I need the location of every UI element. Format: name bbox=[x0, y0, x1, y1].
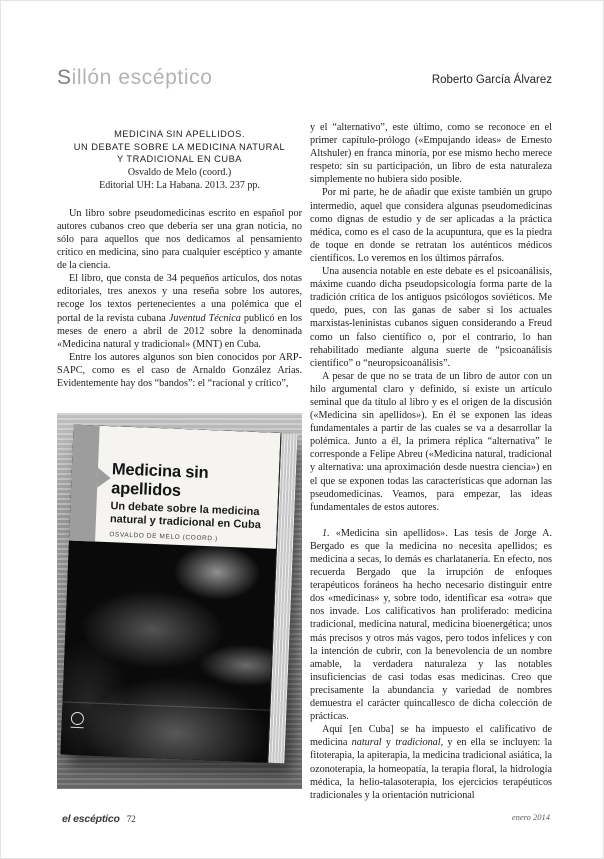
paragraph: 1. «Medicina sin apellidos». Las tesis d… bbox=[310, 527, 552, 723]
paragraph: A pesar de que no se trata de un libro d… bbox=[310, 370, 552, 514]
reviewed-book-heading: MEDICINA SIN APELLIDOS. UN DEBATE SOBRE … bbox=[57, 128, 302, 192]
left-column-text: Un libro sobre pseudomedicinas escrito e… bbox=[57, 207, 302, 390]
paragraph: Entre los autores algunos son bien conoc… bbox=[57, 351, 302, 390]
smoke-photo-area bbox=[60, 541, 275, 763]
right-column: y el “alternativo”, este último, como se… bbox=[310, 121, 552, 802]
paragraph: Aquí [en Cuba] se ha impuesto el calific… bbox=[310, 723, 552, 802]
paragraph: Una ausencia notable en este debate es e… bbox=[310, 265, 552, 370]
section-title: Sillón escéptico bbox=[57, 66, 213, 90]
issue-date: enero 2014 bbox=[512, 812, 550, 822]
cover-subtitle: Un debate sobre la medicina natural y tr… bbox=[110, 500, 270, 531]
book-cover-photo: Medicina sin apellidos Un debate sobre l… bbox=[57, 413, 302, 789]
book-title-line: Y TRADICIONAL EN CUBA bbox=[57, 153, 302, 166]
section-title-rest: illón escéptico bbox=[72, 66, 213, 89]
cover-title: Medicina sin apellidos bbox=[111, 460, 271, 504]
left-column: MEDICINA SIN APELLIDOS. UN DEBATE SOBRE … bbox=[57, 128, 302, 390]
cover-title-band: Medicina sin apellidos Un debate sobre l… bbox=[69, 425, 280, 549]
cover-text-block: Medicina sin apellidos Un debate sobre l… bbox=[109, 460, 271, 544]
author-byline: Roberto García Álvarez bbox=[432, 74, 552, 86]
paragraph: Por mi parte, he de añadir que existe ta… bbox=[310, 186, 552, 265]
book-editor: Osvaldo de Melo (coord.) bbox=[57, 166, 302, 179]
footer-left: el escéptico72 bbox=[62, 809, 136, 827]
section-title-initial: S bbox=[57, 66, 72, 89]
book-title-line: MEDICINA SIN APELLIDOS. bbox=[57, 128, 302, 141]
page-number: 72 bbox=[127, 814, 136, 824]
book-title-line: UN DEBATE SOBRE LA MEDICINA NATURAL bbox=[57, 141, 302, 154]
cover-arrow-shape bbox=[97, 468, 111, 489]
right-column-text: y el “alternativo”, este último, como se… bbox=[310, 121, 552, 802]
book-publisher: Editorial UH: La Habana. 2013. 237 pp. bbox=[57, 179, 302, 192]
book-object: Medicina sin apellidos Un debate sobre l… bbox=[60, 425, 297, 764]
magazine-logo: el escéptico bbox=[62, 813, 120, 825]
paragraph: El libro, que consta de 34 pequeños artí… bbox=[57, 272, 302, 351]
magazine-page: Sillón escéptico Roberto García Álvarez … bbox=[0, 0, 604, 859]
cover-spine-stripe bbox=[69, 425, 100, 542]
book-front-cover: Medicina sin apellidos Un debate sobre l… bbox=[60, 425, 280, 763]
paragraph: y el “alternativo”, este último, como se… bbox=[310, 121, 552, 186]
cover-author: OSVALDO DE MELO (COORD.) bbox=[109, 531, 268, 544]
paragraph: Un libro sobre pseudomedicinas escrito e… bbox=[57, 207, 302, 272]
